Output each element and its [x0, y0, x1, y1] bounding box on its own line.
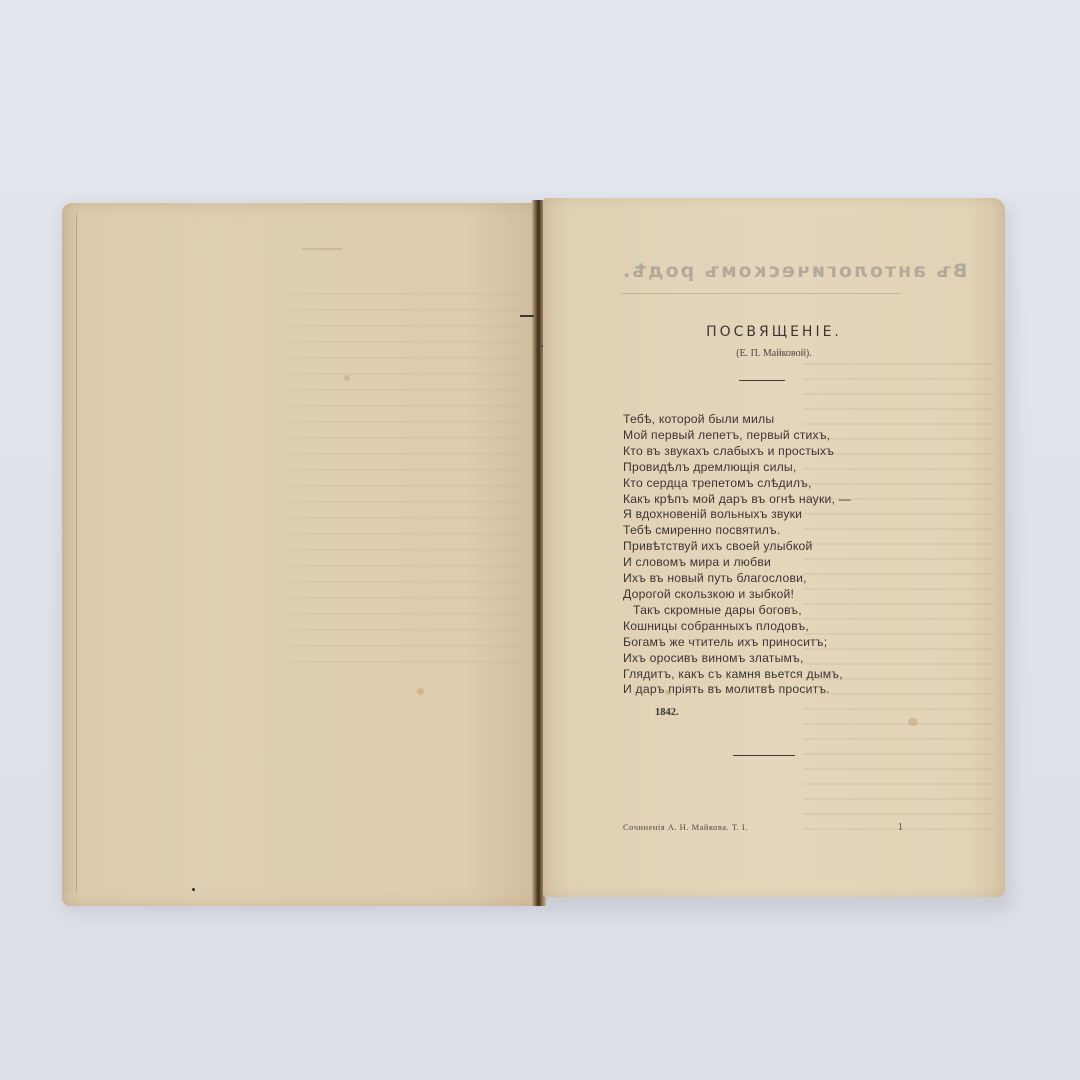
poem-dedication: (Е. П. Майковой).	[543, 348, 1005, 359]
show-through-text	[282, 293, 522, 673]
show-through-title	[302, 248, 342, 250]
poem-line: Провидѣлъ дремлющія силы,	[623, 460, 963, 476]
show-through-title: Въ антологическомъ родѣ.	[621, 260, 967, 282]
show-through-rule	[621, 293, 901, 294]
paper-spot	[417, 688, 424, 695]
poem-line: И даръ пріять въ молитвѣ проситъ.	[623, 682, 963, 698]
poem-line: Привѣтствуй ихъ своей улыбкой	[623, 539, 963, 555]
binding-thread	[520, 315, 534, 317]
paper-spot	[665, 690, 671, 695]
title-rule	[739, 380, 785, 381]
poem-line: Кто въ звукахъ слабыхъ и простыхъ	[623, 444, 963, 460]
paper-spot	[908, 718, 918, 726]
page-number: 1	[898, 822, 903, 833]
poem-line: Ихъ въ новый путь благослови,	[623, 571, 963, 587]
poem-line: Глядитъ, какъ съ камня вьется дымъ,	[623, 667, 963, 683]
end-rule	[733, 755, 795, 756]
poem-line: Тебѣ, которой были милы	[623, 412, 963, 428]
poem-line: Богамъ же чтитель ихъ приноситъ;	[623, 635, 963, 651]
paper-spot	[192, 888, 195, 891]
poem-line: Мой первый лепетъ, первый стихъ,	[623, 428, 963, 444]
poem-body: Тебѣ, которой были милы Мой первый лепет…	[623, 412, 963, 698]
poem-line: Тебѣ смиренно посвятилъ.	[623, 523, 963, 539]
poem-line: Такъ скромные дары боговъ,	[623, 603, 963, 619]
right-page: Въ антологическомъ родѣ. ПОСВЯЩЕНІЕ. (Е.…	[543, 198, 1005, 897]
poem-title: ПОСВЯЩЕНІЕ.	[543, 324, 1005, 340]
poem-line: Кошницы собранныхъ плодовъ,	[623, 619, 963, 635]
poem-line: Кто сердца трепетомъ слѣдилъ,	[623, 476, 963, 492]
poem-line: Я вдохновеній вольныхъ звуки	[623, 507, 963, 523]
left-page	[62, 203, 540, 906]
poem-year: 1842.	[655, 707, 679, 718]
left-page-stack-edge	[62, 213, 77, 893]
paper-spot	[344, 375, 350, 381]
poem-line: Дорогой скользкою и зыбкой!	[623, 587, 963, 603]
poem-line: Ихъ оросивъ виномъ златымъ,	[623, 651, 963, 667]
poem-line: Какъ крѣпъ мой даръ въ огнѣ науки, —	[623, 492, 963, 508]
poem-line: И словомъ мира и любви	[623, 555, 963, 571]
page-footer-signature: Сочиненія А. Н. Майкова. Т. I.	[623, 822, 748, 832]
